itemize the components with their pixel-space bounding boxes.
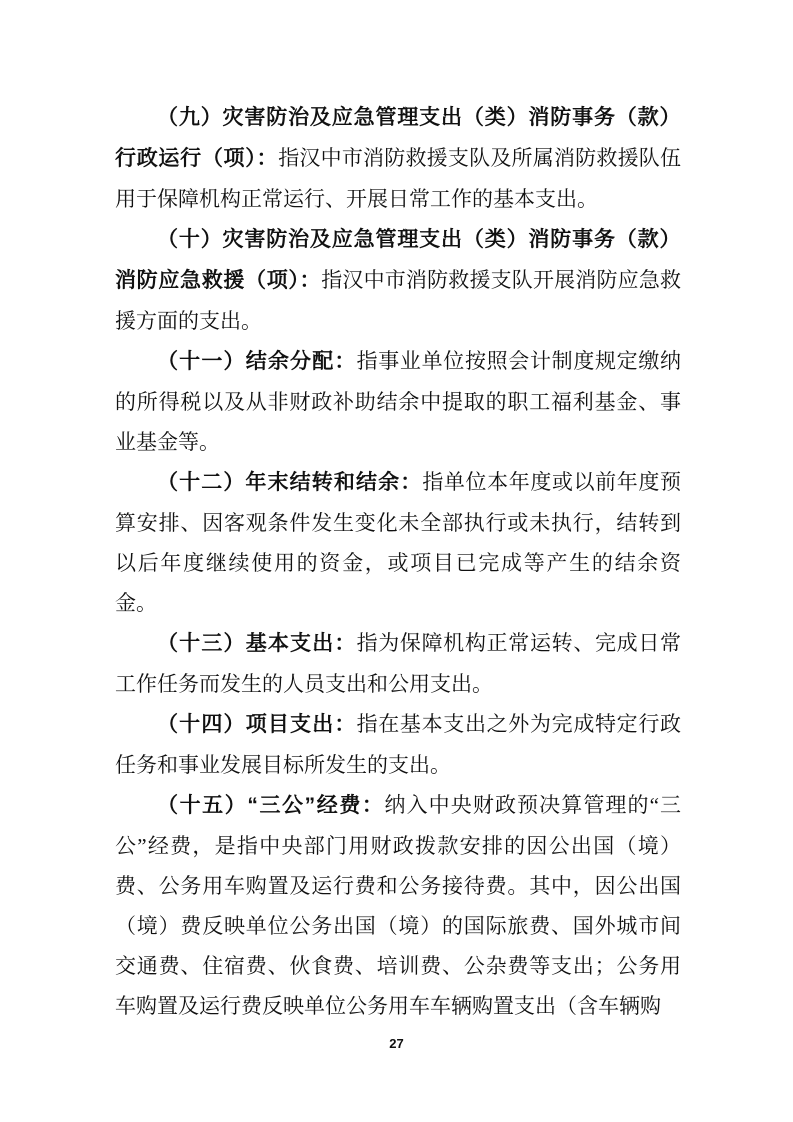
paragraph-11: （十一）结余分配：指事业单位按照会计制度规定缴纳的所得税以及从非财政补助结余中提…: [115, 341, 681, 462]
paragraph-12-lead: （十二）年末结转和结余：: [157, 471, 422, 494]
document-body: （九）灾害防治及应急管理支出（类）消防事务（款）行政运行（项）：指汉中市消防救援…: [115, 97, 681, 1026]
paragraph-15-body: 纳入中央财政预决算管理的“三公”经费，是指中央部门用财政拨款安排的因公出国（境）…: [115, 793, 681, 1018]
paragraph-14-lead: （十四）项目支出：: [157, 713, 357, 736]
paragraph-15-lead: （十五）“三公”经费：: [157, 794, 385, 817]
page-number: 27: [0, 1036, 793, 1051]
paragraph-12: （十二）年末结转和结余：指单位本年度或以前年度预算安排、因客观条件发生变化未全部…: [115, 462, 681, 623]
paragraph-11-lead: （十一）结余分配：: [157, 350, 357, 373]
paragraph-10: （十）灾害防治及应急管理支出（类）消防事务（款）消防应急救援（项）：指汉中市消防…: [115, 219, 681, 341]
document-page: （九）灾害防治及应急管理支出（类）消防事务（款）行政运行（项）：指汉中市消防救援…: [0, 0, 793, 1122]
paragraph-15: （十五）“三公”经费：纳入中央财政预决算管理的“三公”经费，是指中央部门用财政拨…: [115, 785, 681, 1026]
paragraph-9: （九）灾害防治及应急管理支出（类）消防事务（款）行政运行（项）：指汉中市消防救援…: [115, 97, 681, 219]
paragraph-13: （十三）基本支出：指为保障机构正常运转、完成日常工作任务而发生的人员支出和公用支…: [115, 623, 681, 704]
paragraph-13-lead: （十三）基本支出：: [157, 632, 357, 655]
paragraph-14: （十四）项目支出：指在基本支出之外为完成特定行政任务和事业发展目标所发生的支出。: [115, 704, 681, 785]
